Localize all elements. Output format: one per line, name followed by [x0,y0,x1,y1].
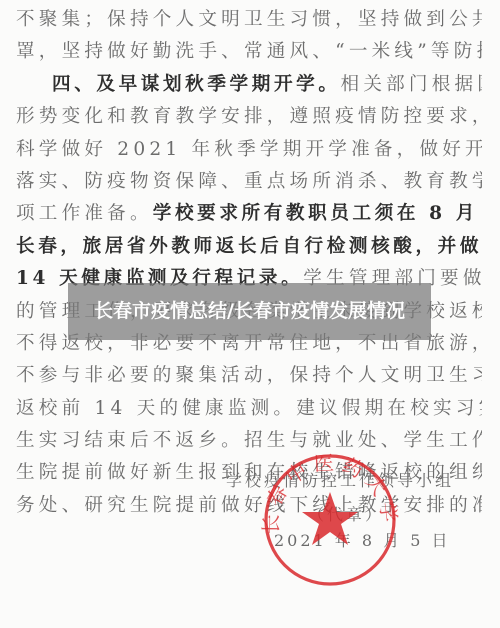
text-line-16: 务处、研究生院提前做好线下线上教学安排的准备工作。 [16,490,482,522]
seal-note: （代章） [308,502,384,525]
text-line-2: 罩，坚持做好勤洗手、常通风、“一米线”等防护措施。 [16,36,482,68]
text-line-5: 科学做好 2021 年秋季学期开学准备，做好开学前疫情措施 [16,134,482,166]
line-text: 形势变化和教育教学安排，遵照疫情防控要求，及早谋划、 [16,106,482,127]
line-text: 返校前 14 天的健康监测。建议假期在校实习实践的省外学 [16,398,482,419]
line-text: 不聚集；保持个人文明卫生习惯，坚持做到公共场合戴口 [16,9,482,30]
line-text: 相关部门根据国内疫情 [341,74,482,95]
text-line-4: 形势变化和教育教学安排，遵照疫情防控要求，及早谋划、 [16,101,482,133]
text-line-6: 落实、防疫物资保障、重点场所消杀、教育教学安排等各 [16,166,482,198]
line-text: 生实习结束后不返乡。招生与就业处、学生工作处、研究 [16,430,482,451]
section-heading-4: 四、及早谋划秋季学期开学。相关部门根据国内疫情 [16,69,482,101]
text-line-1: 不聚集；保持个人文明卫生习惯，坚持做到公共场合戴口 [16,4,482,36]
text-line-8: 长春，旅居省外教师返长后自行检测核酸，并做好上班前 [16,231,482,263]
text-line-7: 项工作准备。学校要求所有教职员工须在 8 月 11 日前返回 [16,198,482,230]
article-title: 长春市疫情总结/长春市疫情发展情况 [90,300,410,323]
line-text: 项工作准备。 [16,203,153,224]
section-title: 四、及早谋划秋季学期开学。 [52,74,341,95]
document-body: 不聚集；保持个人文明卫生习惯，坚持做到公共场合戴口 罩，坚持做好勤洗手、常通风、… [16,4,482,522]
signing-organization: 学校疫情防控工作领导小组 [226,468,454,491]
line-text: 罩，坚持做好勤洗手、常通风、“一米线”等防护措施。 [16,41,482,62]
text-line-13: 返校前 14 天的健康监测。建议假期在校实习实践的省外学 [16,393,482,425]
title-overlay-banner: 长春市疫情总结/长春市疫情发展情况 [68,283,431,340]
text-line-14: 生实习结束后不返乡。招生与就业处、学生工作处、研究 [16,425,482,457]
line-text: 务处、研究生院提前做好线下线上教学安排的准备工作。 [16,495,482,516]
document-page: 不聚集；保持个人文明卫生习惯，坚持做到公共场合戴口 罩，坚持做好勤洗手、常通风、… [0,0,500,628]
line-text: 不参与非必要的聚集活动，保持个人文明卫生习惯，做好 [16,365,482,386]
line-text: 科学做好 2021 年秋季学期开学准备，做好开学前疫情措施 [16,139,482,160]
text-line-12: 不参与非必要的聚集活动，保持个人文明卫生习惯，做好 [16,360,482,392]
bold-requirement: 长春，旅居省外教师返长后自行检测核酸，并做好上班前 [16,236,482,257]
signature-date: 2021 年 8 月 5 日 [274,528,451,551]
line-text: 落实、防疫物资保障、重点场所消杀、教育教学安排等各 [16,171,482,192]
bold-requirement: 学校要求所有教职员工须在 8 月 11 日前返回 [153,203,482,224]
